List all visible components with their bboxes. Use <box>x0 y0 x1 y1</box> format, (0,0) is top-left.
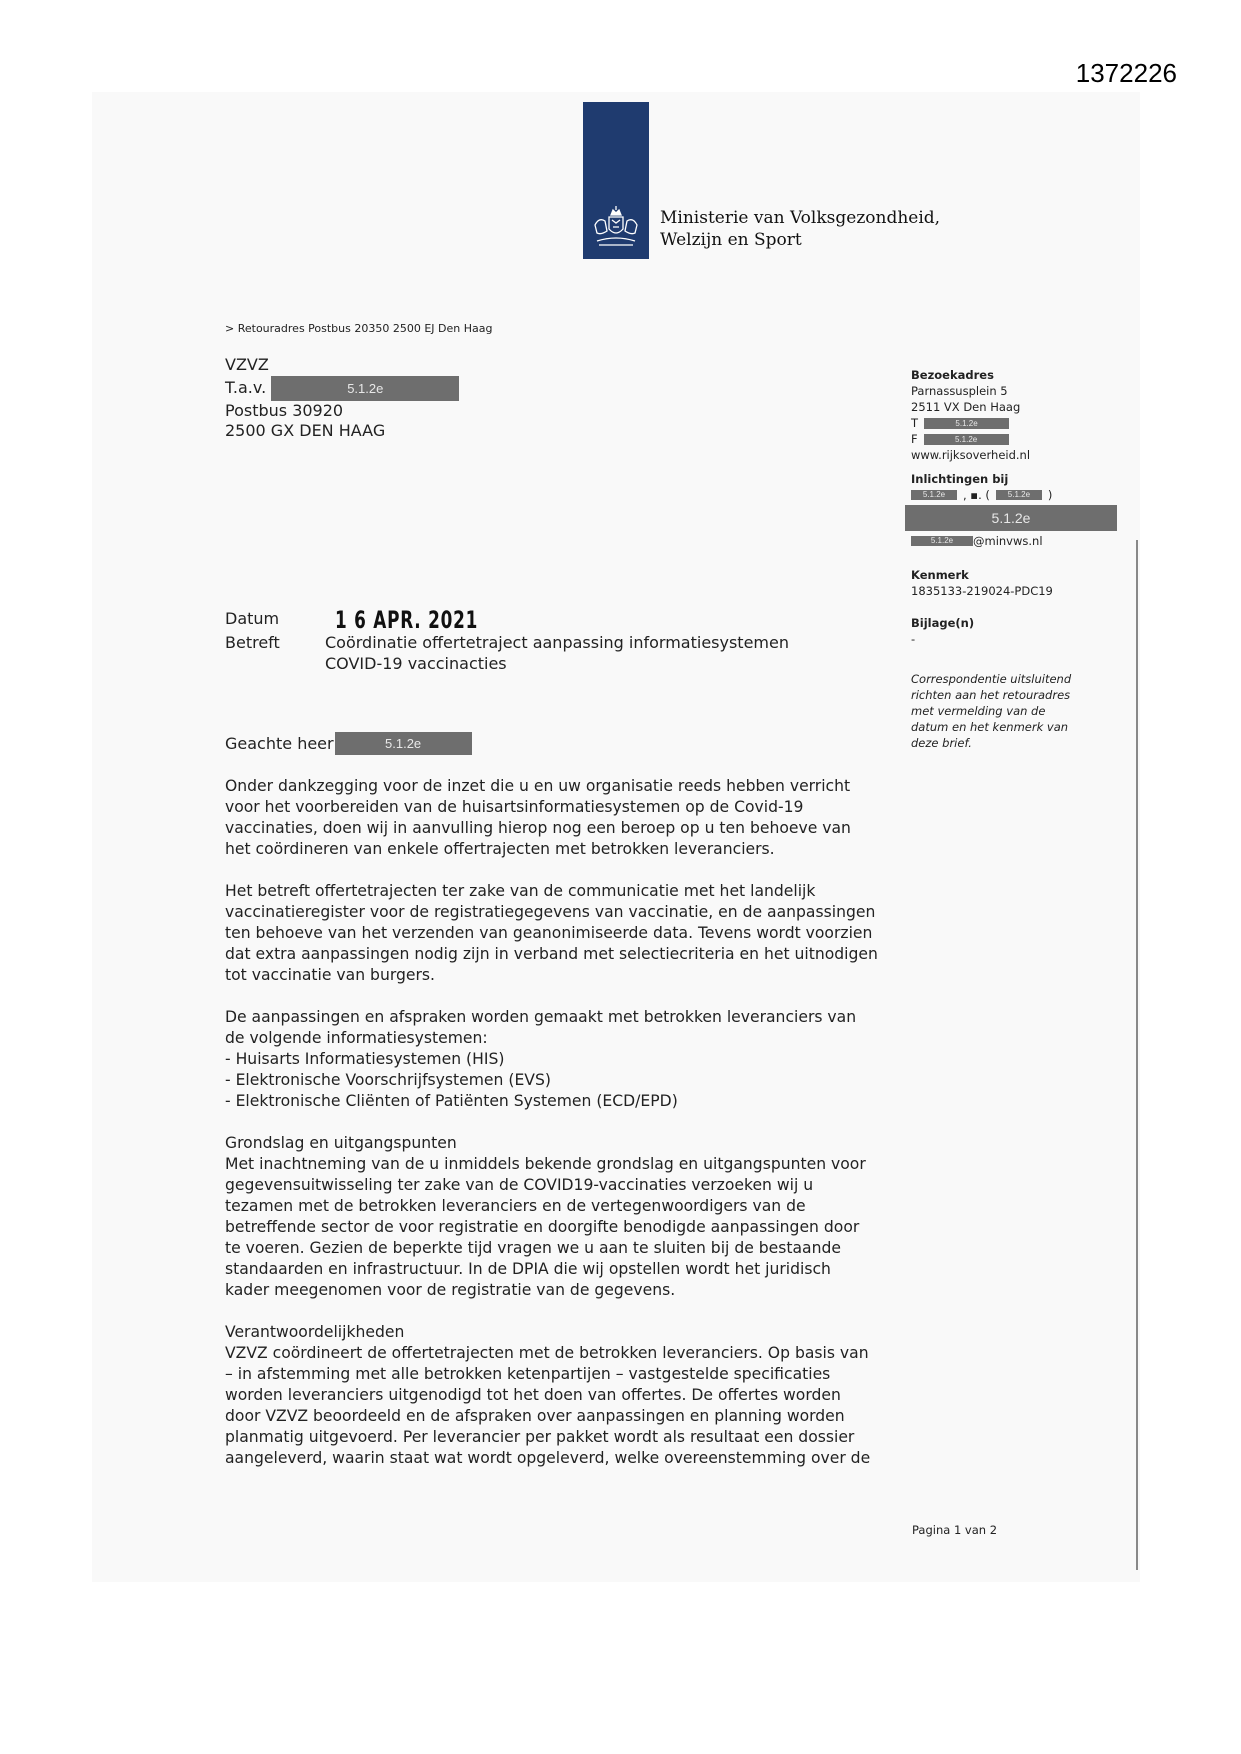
rijksoverheid-crest-icon <box>591 205 641 249</box>
email-domain: @minvws.nl <box>973 533 1043 549</box>
letter-meta: Datum 1 6 APR. 2021 Betreft Coördinatie … <box>225 608 789 674</box>
inlichtingen-label: Inlichtingen bij <box>911 471 1121 487</box>
contact-row: 5.1.2e , ▪. ( 5.1.2e ) <box>911 487 1121 503</box>
list-item: - Elektronische Voorschrijfsystemen (EVS… <box>225 1070 905 1091</box>
section-title: Verantwoordelijkheden <box>225 1322 905 1343</box>
bijlagen-value: - <box>911 631 1121 647</box>
tav-label: T.a.v. <box>225 378 266 397</box>
paragraph: De aanpassingen en afspraken worden gema… <box>225 1007 905 1049</box>
ministry-logo <box>583 102 649 259</box>
page-number: Pagina 1 van 2 <box>912 1523 997 1537</box>
recipient-org: VZVZ <box>225 355 459 376</box>
salutation: Geachte heer 5.1.2e <box>225 732 472 755</box>
recipient-postbus: Postbus 30920 <box>225 401 459 422</box>
kenmerk-label: Kenmerk <box>911 567 1121 583</box>
recipient-address: VZVZ T.a.v. 5.1.2e Postbus 30920 2500 GX… <box>225 355 459 442</box>
redaction-box: 5.1.2e <box>335 732 472 755</box>
list-item: - Elektronische Cliënten of Patiënten Sy… <box>225 1091 905 1112</box>
redaction-box: 5.1.2e <box>271 376 459 401</box>
betreft-value: Coördinatie offertetraject aanpassing in… <box>325 632 789 674</box>
betreft-label: Betreft <box>225 632 325 674</box>
letter-sidebar: Bezoekadres Parnassusplein 5 2511 VX Den… <box>911 367 1121 751</box>
kenmerk-value: 1835133-219024-PDC19 <box>911 583 1121 599</box>
bezoekadres-street: Parnassusplein 5 <box>911 383 1121 399</box>
paragraph: Het betreft offertetrajecten ter zake va… <box>225 881 905 986</box>
fax-label: F <box>911 431 918 447</box>
systems-list: - Huisarts Informatiesystemen (HIS) - El… <box>225 1049 905 1112</box>
page-edge-line <box>1136 540 1138 1570</box>
ministry-name-line1: Ministerie van Volksgezondheid, <box>660 207 940 229</box>
paragraph: Met inachtneming van de u inmiddels beke… <box>225 1154 905 1301</box>
bezoekadres-label: Bezoekadres <box>911 367 1121 383</box>
section-title: Grondslag en uitgangspunten <box>225 1133 905 1154</box>
phone-row: T 5.1.2e <box>911 415 1121 431</box>
paragraph: VZVZ coördineert de offertetrajecten met… <box>225 1343 905 1469</box>
bezoekadres-city: 2511 VX Den Haag <box>911 399 1121 415</box>
datum-label: Datum <box>225 608 325 632</box>
salutation-text: Geachte heer <box>225 734 334 753</box>
recipient-tav: T.a.v. 5.1.2e <box>225 376 459 401</box>
correspondence-note: Correspondentie uitsluitend richten aan … <box>911 671 1076 751</box>
recipient-city: 2500 GX DEN HAAG <box>225 421 459 442</box>
redaction-box: 5.1.2e <box>996 490 1042 500</box>
datum-row: Datum 1 6 APR. 2021 <box>225 608 789 632</box>
redaction-box: 5.1.2e <box>911 536 973 546</box>
email-row: 5.1.2e @minvws.nl <box>911 533 1121 549</box>
redaction-box: 5.1.2e <box>905 505 1117 531</box>
phone-label: T <box>911 415 918 431</box>
redaction-box: 5.1.2e <box>924 434 1009 445</box>
list-item: - Huisarts Informatiesystemen (HIS) <box>225 1049 905 1070</box>
redaction-box: 5.1.2e <box>924 418 1009 429</box>
return-address: > Retouradres Postbus 20350 2500 EJ Den … <box>225 322 492 335</box>
betreft-row: Betreft Coördinatie offertetraject aanpa… <box>225 632 789 674</box>
date-stamp: 1 6 APR. 2021 <box>335 608 478 632</box>
letter-body: Onder dankzegging voor de inzet die u en… <box>225 776 905 1490</box>
paragraph: Onder dankzegging voor de inzet die u en… <box>225 776 905 860</box>
bijlagen-label: Bijlage(n) <box>911 615 1121 631</box>
redaction-box: 5.1.2e <box>911 490 957 500</box>
document-number: 1372226 <box>1076 58 1177 89</box>
fax-row: F 5.1.2e <box>911 431 1121 447</box>
ministry-name: Ministerie van Volksgezondheid, Welzijn … <box>660 207 940 251</box>
ministry-name-line2: Welzijn en Sport <box>660 229 940 251</box>
website-link[interactable]: www.rijksoverheid.nl <box>911 447 1121 463</box>
